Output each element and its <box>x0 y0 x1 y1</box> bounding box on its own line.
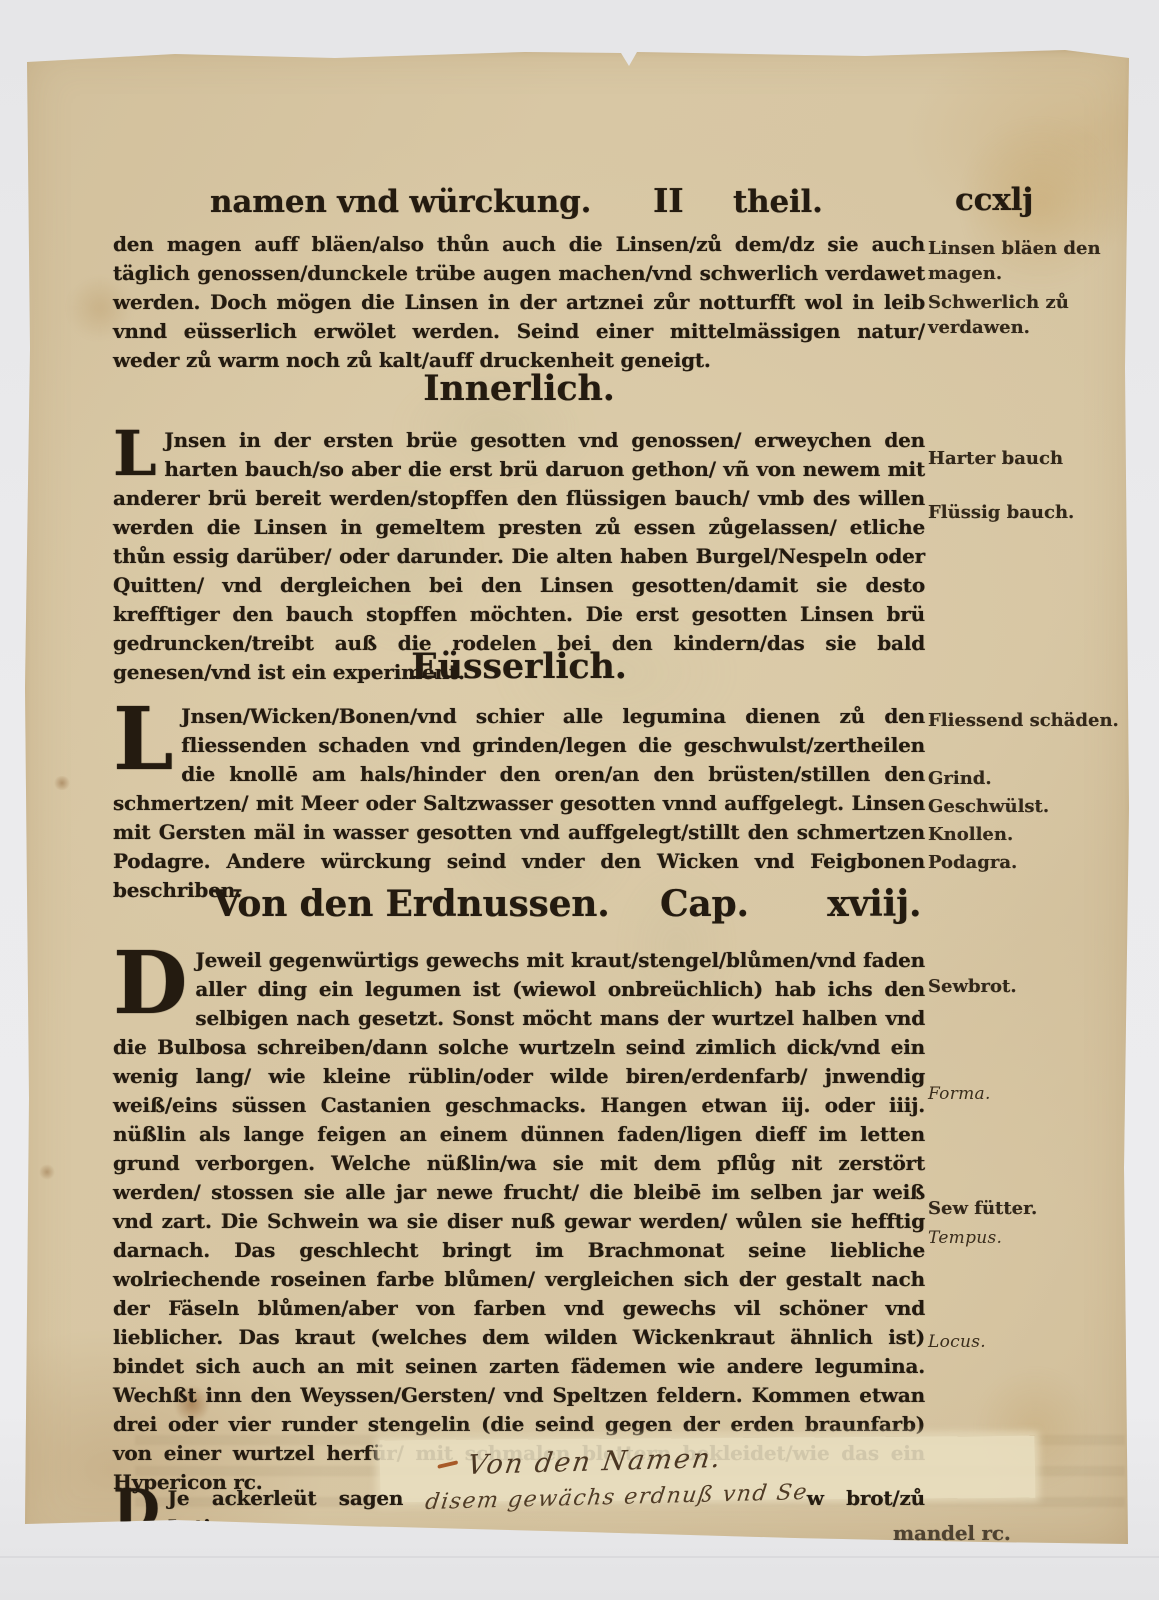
scanned-page-photo: namen vnd würckung. II theil. ccxlj den … <box>0 0 1159 1600</box>
paragraph-text: Jnsen/Wicken/Bonen/vnd schier alle legum… <box>113 704 925 902</box>
chapter-heading: Von den Erdnussen. Cap. xviij. <box>113 884 925 924</box>
margin-note-geschwuelst: Geschwülst. <box>928 794 1120 819</box>
chapter-title: Von den Erdnussen. <box>213 883 610 925</box>
margin-note-fliessend-schaeden: Fliessend schäden. <box>928 708 1120 733</box>
mat-seam-line <box>0 1556 1159 1558</box>
chapter-cap-numeral: xviij. <box>827 883 921 925</box>
folio-number: ccxlj <box>955 182 1033 218</box>
book-page: namen vnd würckung. II theil. ccxlj den … <box>25 48 1130 1544</box>
margin-note-fluessig-bauch: Flüssig bauch. <box>928 500 1120 525</box>
red-ink-dash <box>438 1460 458 1469</box>
handwritten-heading-text: Von den Namen. <box>465 1443 724 1481</box>
section-heading-innerlich: Innerlich. <box>113 370 925 408</box>
margin-note-knollen: Knollen. <box>928 822 1120 847</box>
cut-off-fragment: mandel rc. <box>893 1521 1011 1545</box>
printed-lead: Je ackerleüt sagen <box>168 1486 426 1510</box>
dropcap-initial: D <box>113 950 187 1017</box>
stain-spot <box>53 776 71 790</box>
intro-paragraph: den magen auff bläen/also thůn auch die … <box>113 230 925 375</box>
part-numeral: II <box>653 181 683 220</box>
margin-note-linsen: Linsen bläen den magen. <box>928 236 1120 286</box>
dropcap-initial: L <box>113 430 156 478</box>
handwritten-heading: Von den Namen. <box>435 1443 724 1482</box>
paragraph-erdnussen: DJeweil gegenwürtigs gewechs mit kraut/s… <box>113 946 925 1497</box>
paragraph-eusserlich: LJnsen/Wicken/Bonen/vnd schier alle legu… <box>113 702 925 905</box>
running-title: namen vnd würckung. <box>210 184 591 220</box>
dropcap-initial: D <box>113 1488 160 1530</box>
margin-note-sewbrot: Sewbrot. <box>928 974 1120 999</box>
margin-note-harter-bauch: Harter bauch <box>928 446 1120 471</box>
margin-note-locus: Locus. <box>928 1330 1120 1355</box>
margin-note-schwerlich: Schwerlich zů verdawen. <box>928 290 1120 340</box>
margin-note-forma: Forma. <box>928 1082 1120 1107</box>
margin-note-sewfuetter: Sew fütter. <box>928 1196 1120 1221</box>
handwritten-insert: disem gewächs erdnuß vnd Se <box>423 1478 809 1517</box>
chapter-cap-label: Cap. <box>660 883 749 925</box>
dropcap-initial: L <box>113 706 173 773</box>
section-heading-eusserlich: Eüsserlich. <box>113 648 925 686</box>
margin-note-podagra: Podagra. <box>928 850 1120 875</box>
margin-note-tempus: Tempus. <box>928 1226 1120 1251</box>
part-label: theil. <box>733 184 823 220</box>
margin-note-grind: Grind. <box>928 766 1120 791</box>
stain-spot <box>39 1164 55 1180</box>
paragraph-text: Jeweil gegenwürtigs gewechs mit kraut/st… <box>113 948 925 1494</box>
cut-off-line: mandel rc. <box>113 1519 1093 1548</box>
